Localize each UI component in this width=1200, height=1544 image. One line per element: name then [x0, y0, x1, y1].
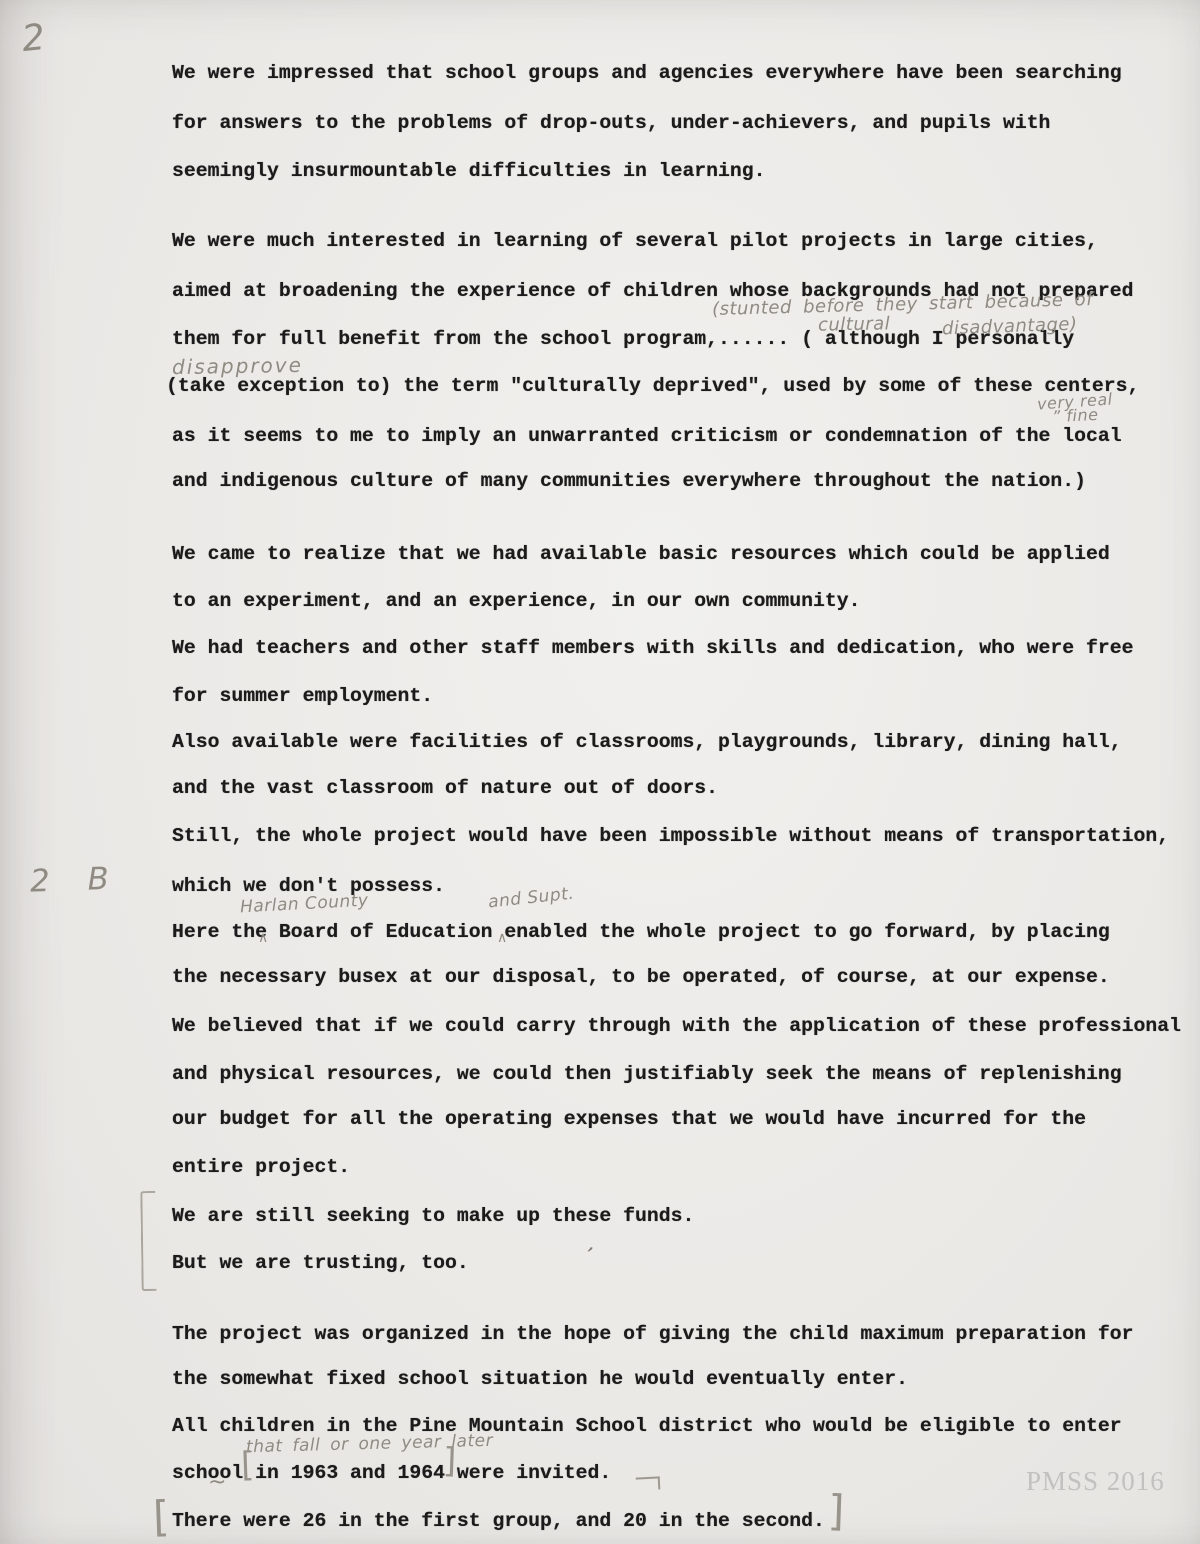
- typed-line: for summer employment.: [172, 685, 433, 707]
- page-number-annotation: 2: [20, 17, 48, 60]
- pencil-bracket-open: [: [152, 1496, 170, 1539]
- pencil-tick-mark: ’: [580, 1242, 594, 1267]
- insert-annotation-stunted-cultural: cultural: [818, 313, 891, 335]
- typed-line: school in 1963 and 1964 were invited.: [172, 1462, 611, 1484]
- edit-annotation-fine: ” fine: [1052, 405, 1099, 426]
- pencil-corner-mark: [636, 1476, 661, 1490]
- typed-line: the necessary busex at our disposal, to …: [172, 966, 1110, 988]
- typed-line: Still, the whole project would have been…: [172, 825, 1169, 847]
- typed-line: We are still seeking to make up these fu…: [172, 1205, 694, 1227]
- typed-line: our budget for all the operating expense…: [172, 1108, 1086, 1130]
- typed-line: All children in the Pine Mountain School…: [172, 1415, 1122, 1437]
- document-page: We were impressed that school groups and…: [0, 0, 1200, 1544]
- typed-line: for answers to the problems of drop-outs…: [172, 112, 1050, 134]
- insert-annotation-and-supt: and Supt.: [487, 884, 575, 913]
- typed-line: the somewhat fixed school situation he w…: [172, 1368, 908, 1390]
- caret-icon: ∧: [497, 930, 508, 946]
- typed-line: (take exception to) the term "culturally…: [166, 375, 1139, 397]
- edit-annotation-disapprove: disapprove: [172, 353, 303, 379]
- pencil-bracket-close: ]: [442, 1444, 456, 1478]
- typed-line: entire project.: [172, 1156, 350, 1178]
- typed-line: We came to realize that we had available…: [172, 543, 1110, 565]
- typed-line: and the vast classroom of nature out of …: [172, 777, 718, 799]
- typed-line: We were impressed that school groups and…: [172, 62, 1122, 84]
- pencil-bracket-open: [: [240, 1448, 254, 1482]
- typed-line: There were 26 in the first group, and 20…: [172, 1510, 825, 1532]
- typed-line: The project was organized in the hope of…: [172, 1323, 1134, 1345]
- typed-line: them for full benefit from the school pr…: [172, 328, 1074, 350]
- typed-line: Here the Board of Education enabled the …: [172, 921, 1110, 943]
- typed-line: seemingly insurmountable difficulties in…: [172, 160, 766, 182]
- pencil-squiggle-mark: ~: [208, 1470, 227, 1495]
- typed-line: and indigenous culture of many communiti…: [172, 470, 1086, 492]
- watermark: PMSS 2016: [1026, 1466, 1165, 1497]
- typed-line: We were much interested in learning of s…: [172, 230, 1098, 252]
- typed-line: But we are trusting, too.: [172, 1252, 469, 1274]
- typed-line: and physical resources, we could then ju…: [172, 1063, 1122, 1085]
- typed-line: to an experiment, and an experience, in …: [172, 590, 861, 612]
- pencil-margin-bracket: [140, 1191, 156, 1291]
- typed-line: as it seems to me to imply an unwarrante…: [172, 425, 1122, 447]
- typed-line: We had teachers and other staff members …: [172, 637, 1134, 659]
- caret-icon: ∧: [258, 930, 269, 946]
- typed-line: Also available were facilities of classr…: [172, 731, 1122, 753]
- pencil-bracket-close: ]: [827, 1490, 845, 1533]
- margin-label-2b: 2 B: [29, 860, 123, 899]
- typed-line: We believed that if we could carry throu…: [172, 1015, 1181, 1037]
